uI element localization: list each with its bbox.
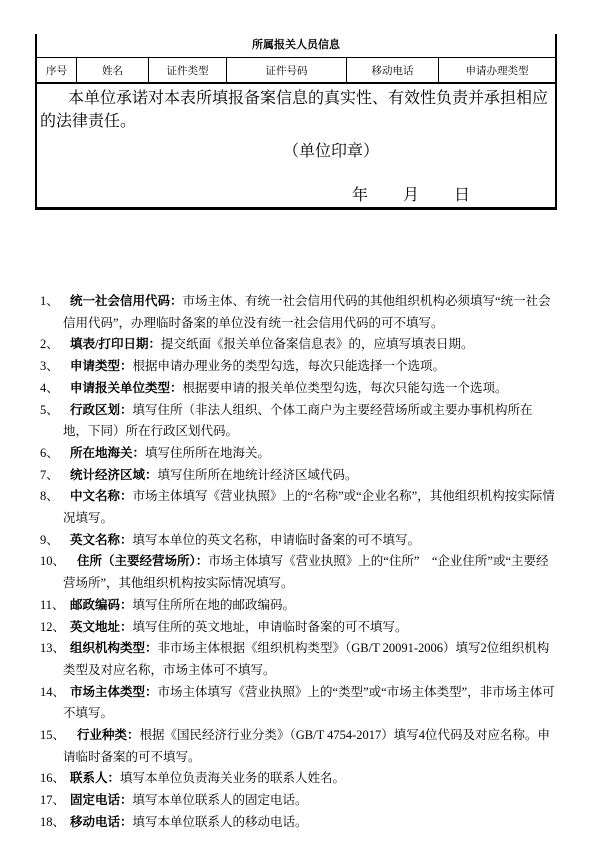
note-item-4: 4、申请报关单位类型：根据要申请的报关单位类型勾选，每次只能勾选一个选项。 [0,378,557,400]
note-text: 填写本单位联系人的固定电话。 [133,793,308,807]
note-label: 申请类型： [70,359,133,373]
note-number: 15、 [40,725,70,747]
note-item-16: 16、联系人：填写本单位负责海关业务的联系人姓名。 [0,768,557,790]
unit-stamp-placeholder: （单位印章） [37,141,555,163]
note-item-13: 13、组织机构类型：非市场主体根据《组织机构类型》（GB/T 20091-200… [0,638,557,681]
note-number: 3、 [40,356,70,378]
note-text: 填写本单位联系人的移动电话。 [133,815,308,829]
note-number: 14、 [40,682,70,704]
note-text: 市场主体填写《营业执照》上的“名称”或“企业名称”，其他组织机构按实际情况填写。 [63,489,555,525]
note-text: 填写住所所在地海关。 [145,446,270,460]
note-number: 4、 [40,378,70,400]
note-number: 10、 [40,551,70,573]
note-text: 提交纸面《报关单位备案信息表》的，应填写填表日期。 [161,337,474,351]
note-item-18: 18、移动电话：填写本单位联系人的移动电话。 [0,812,557,834]
note-number: 9、 [40,530,70,552]
note-label: 中文名称： [70,489,133,503]
note-number: 16、 [40,768,70,790]
note-item-15: 15、行业种类：根据《国民经济行业分类》（GB/T 4754-2017）填写4位… [0,725,557,768]
note-text: 填写住所的英文地址，申请临时备案的可不填写。 [133,620,408,634]
note-item-3: 3、申请类型：根据申请办理业务的类型勾选，每次只能选择一个选项。 [0,356,557,378]
note-number: 1、 [40,291,70,313]
note-label: 联系人： [70,771,120,785]
declaration-cell: 本单位承诺对本表所填报备案信息的真实性、有效性负责并承担相应的法律责任。 （单位… [35,84,557,210]
note-label: 固定电话： [70,793,133,807]
note-item-2: 2、填表/打印日期：提交纸面《报关单位备案信息表》的，应填写填表日期。 [0,334,557,356]
note-text: 填写本单位负责海关业务的联系人姓名。 [120,771,345,785]
note-label: 移动电话： [70,815,133,829]
note-number: 8、 [40,486,70,508]
column-header-mobile: 移动电话 [346,58,438,82]
note-label: 市场主体类型： [70,685,158,699]
note-text: 填写住所所在地统计经济区域代码。 [158,468,358,482]
note-label: 组织机构类型： [70,641,158,655]
note-text: 根据申请办理业务的类型勾选，每次只能选择一个选项。 [133,359,446,373]
note-label: 统一社会信用代码： [70,294,183,308]
note-item-7: 7、统计经济区域：填写住所所在地统计经济区域代码。 [0,465,557,487]
note-label: 英文名称： [70,533,133,547]
column-header-app-type: 申请办理类型 [438,58,555,82]
note-text: 填写住所（非法人组织、个体工商户为主要经营场所或主要办事机构所在地，下同）所在行… [63,403,533,439]
note-number: 12、 [40,617,70,639]
note-label: 行业种类： [77,728,140,742]
table-header-row: 序号 姓名 证件类型 证件号码 移动电话 申请办理类型 [35,57,557,84]
filling-instructions-list: 1、统一社会信用代码：市场主体、有统一社会信用代码的其他组织机构必须填写“统一社… [0,291,557,834]
column-header-seq: 序号 [37,58,76,82]
note-label: 英文地址： [70,620,133,634]
document-page: 所属报关人员信息 序号 姓名 证件类型 证件号码 移动电话 申请办理类型 本单位… [0,0,600,848]
note-number: 13、 [40,638,70,660]
note-number: 2、 [40,334,70,356]
note-label: 统计经济区域： [70,468,158,482]
date-line: 年 月 日 [37,185,555,207]
note-item-9: 9、英文名称：填写本单位的英文名称，申请临时备案的可不填写。 [0,530,557,552]
note-item-11: 11、邮政编码：填写住所所在地的邮政编码。 [0,595,557,617]
note-label: 所在地海关： [70,446,145,460]
note-item-10: 10、住所（主要经营场所）：市场主体填写《营业执照》上的“住所” “企业住所”或… [0,551,557,594]
column-header-name: 姓名 [76,58,148,82]
note-item-1: 1、统一社会信用代码：市场主体、有统一社会信用代码的其他组织机构必须填写“统一社… [0,291,557,334]
note-number: 17、 [40,790,70,812]
note-item-6: 6、所在地海关：填写住所所在地海关。 [0,443,557,465]
note-label: 行政区划： [70,403,133,417]
customs-staff-table: 所属报关人员信息 序号 姓名 证件类型 证件号码 移动电话 申请办理类型 本单位… [35,34,557,210]
note-label: 申请报关单位类型： [70,381,183,395]
note-text: 填写住所所在地的邮政编码。 [133,598,296,612]
note-item-8: 8、中文名称：市场主体填写《营业执照》上的“名称”或“企业名称”，其他组织机构按… [0,486,557,529]
note-label: 填表/打印日期： [70,337,161,351]
note-number: 11、 [40,595,70,617]
note-item-5: 5、行政区划：填写住所（非法人组织、个体工商户为主要经营场所或主要办事机构所在地… [0,400,557,443]
table-section-title: 所属报关人员信息 [35,34,557,57]
declaration-text: 本单位承诺对本表所填报备案信息的真实性、有效性负责并承担相应的法律责任。 [37,84,555,133]
note-label: 邮政编码： [70,598,133,612]
note-number: 7、 [40,465,70,487]
column-header-id-type: 证件类型 [148,58,226,82]
note-item-17: 17、固定电话：填写本单位联系人的固定电话。 [0,790,557,812]
note-label: 住所（主要经营场所）： [77,554,208,568]
note-item-14: 14、市场主体类型：市场主体填写《营业执照》上的“类型”或“市场主体类型”，非市… [0,682,557,725]
note-number: 5、 [40,400,70,422]
note-item-12: 12、英文地址：填写住所的英文地址，申请临时备案的可不填写。 [0,617,557,639]
note-text: 填写本单位的英文名称，申请临时备案的可不填写。 [133,533,421,547]
note-number: 6、 [40,443,70,465]
note-number: 18、 [40,812,70,834]
note-text: 根据要申请的报关单位类型勾选，每次只能勾选一个选项。 [183,381,508,395]
column-header-id-no: 证件号码 [226,58,346,82]
